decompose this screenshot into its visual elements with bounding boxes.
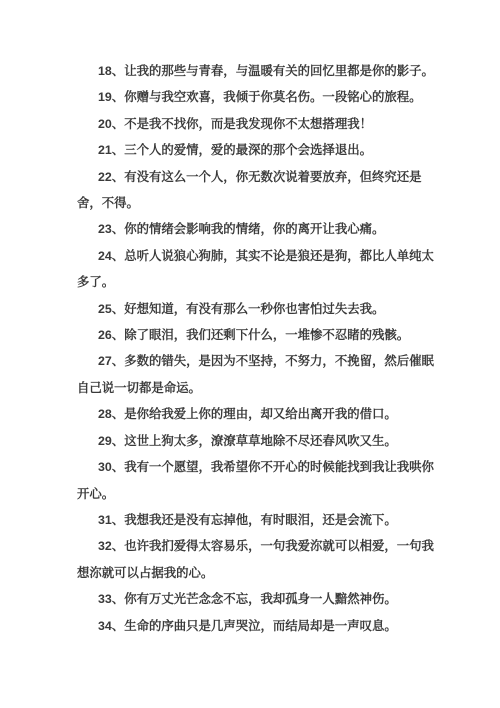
quote-number: 27、 bbox=[98, 354, 124, 368]
quote-item: 20、不是我不找你，而是我发现你不太想搭理我！ bbox=[77, 111, 439, 137]
quote-number: 22、 bbox=[98, 170, 124, 184]
quote-text: 除了眼泪，我们还剩下什么，一堆惨不忍睹的残骸。 bbox=[124, 328, 409, 342]
quote-number: 24、 bbox=[98, 249, 124, 263]
quote-item: 27、多数的错失，是因为不坚持，不努力，不挽留，然后催眠自己说一切都是命运。 bbox=[77, 348, 439, 401]
quote-item: 28、是你给我爱上你的理由，却又给出离开我的借口。 bbox=[77, 401, 439, 427]
quote-number: 25、 bbox=[98, 302, 124, 316]
quote-item: 24、总听人说狼心狗肺，其实不论是狼还是狗，都比人单纯太多了。 bbox=[77, 243, 439, 296]
quote-item: 31、我想我还是没有忘掉他，有时眼泪，还是会流下。 bbox=[77, 507, 439, 533]
quote-item: 25、好想知道，有没有那么一秒你也害怕过失去我。 bbox=[77, 296, 439, 322]
quote-number: 33、 bbox=[98, 592, 124, 606]
quote-number: 21、 bbox=[98, 143, 124, 157]
quote-text: 总听人说狼心狗肺，其实不论是狼还是狗，都比人单纯太多了。 bbox=[77, 249, 434, 289]
quote-item: 21、三个人的爱情，爱的最深的那个会选择退出。 bbox=[77, 137, 439, 163]
quote-number: 26、 bbox=[98, 328, 124, 342]
quote-number: 20、 bbox=[98, 117, 124, 131]
quote-list: 18、让我的那些与青春，与温暖有关的回忆里都是你的影子。19、你赠与我空欢喜，我… bbox=[77, 58, 439, 639]
quote-text: 我想我还是没有忘掉他，有时眼泪，还是会流下。 bbox=[124, 513, 397, 527]
quote-item: 26、除了眼泪，我们还剩下什么，一堆惨不忍睹的残骸。 bbox=[77, 322, 439, 348]
quote-number: 18、 bbox=[98, 64, 124, 78]
quote-number: 29、 bbox=[98, 434, 124, 448]
quote-text: 有没有这么一个人，你无数次说着要放弃，但终究还是舍，不得。 bbox=[77, 170, 422, 210]
quote-text: 你有万丈光芒念念不忘，我却孤身一人黯然神伤。 bbox=[124, 592, 397, 606]
quote-number: 19、 bbox=[98, 90, 124, 104]
quote-text: 让我的那些与青春，与温暖有关的回忆里都是你的影子。 bbox=[124, 64, 434, 78]
quote-item: 19、你赠与我空欢喜，我倾于你莫名伤。一段铭心的旅程。 bbox=[77, 84, 439, 110]
document-page: 18、让我的那些与青春，与温暖有关的回忆里都是你的影子。19、你赠与我空欢喜，我… bbox=[0, 0, 500, 708]
quote-number: 30、 bbox=[98, 460, 124, 474]
quote-text: 也许我扪爱得太容易乐，一句我爱沵就可以相爱，一句我想沵就可以占据我的心。 bbox=[77, 539, 434, 579]
quote-item: 18、让我的那些与青春，与温暖有关的回忆里都是你的影子。 bbox=[77, 58, 439, 84]
quote-text: 不是我不找你，而是我发现你不太想搭理我！ bbox=[124, 117, 372, 131]
quote-item: 30、我有一个愿望，我希望你不开心的时候能找到我让我哄你开心。 bbox=[77, 454, 439, 507]
quote-text: 是你给我爱上你的理由，却又给出离开我的借口。 bbox=[124, 407, 397, 421]
quote-number: 31、 bbox=[98, 513, 124, 527]
quote-item: 29、这世上狗太多，潦潦草草地除不尽还春风吹又生。 bbox=[77, 428, 439, 454]
quote-text: 生命的序曲只是几声哭泣，而结局却是一声叹息。 bbox=[124, 619, 397, 633]
quote-number: 34、 bbox=[98, 619, 124, 633]
quote-number: 28、 bbox=[98, 407, 124, 421]
quote-item: 32、也许我扪爱得太容易乐，一句我爱沵就可以相爱，一句我想沵就可以占据我的心。 bbox=[77, 533, 439, 586]
quote-item: 23、你的情绪会影响我的情绪，你的离开让我心痛。 bbox=[77, 216, 439, 242]
quote-text: 我有一个愿望，我希望你不开心的时候能找到我让我哄你开心。 bbox=[77, 460, 434, 500]
quote-text: 好想知道，有没有那么一秒你也害怕过失去我。 bbox=[124, 302, 384, 316]
quote-number: 32、 bbox=[98, 539, 124, 553]
quote-item: 22、有没有这么一个人，你无数次说着要放弃，但终究还是舍，不得。 bbox=[77, 164, 439, 217]
quote-text: 这世上狗太多，潦潦草草地除不尽还春风吹又生。 bbox=[124, 434, 397, 448]
quote-number: 23、 bbox=[98, 222, 124, 236]
quote-item: 34、生命的序曲只是几声哭泣，而结局却是一声叹息。 bbox=[77, 613, 439, 639]
quote-text: 多数的错失，是因为不坚持，不努力，不挽留，然后催眠自己说一切都是命运。 bbox=[77, 354, 434, 394]
quote-text: 你赠与我空欢喜，我倾于你莫名伤。一段铭心的旅程。 bbox=[124, 90, 421, 104]
quote-item: 33、你有万丈光芒念念不忘，我却孤身一人黯然神伤。 bbox=[77, 586, 439, 612]
quote-text: 三个人的爱情，爱的最深的那个会选择退出。 bbox=[124, 143, 372, 157]
quote-text: 你的情绪会影响我的情绪，你的离开让我心痛。 bbox=[124, 222, 384, 236]
